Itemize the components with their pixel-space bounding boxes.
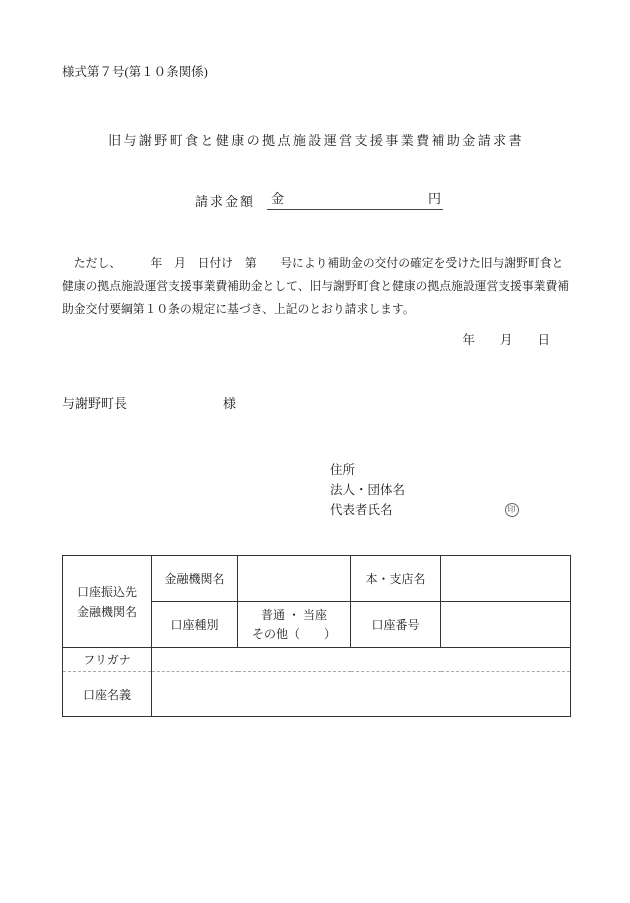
- account-type-options-line2: その他（ ）: [238, 625, 350, 644]
- form-number: 様式第７号(第１０条関係): [62, 62, 570, 80]
- document-title: 旧与謝野町食と健康の拠点施設運営支援事業費補助金請求書: [62, 130, 570, 149]
- bank-account-table: 口座振込先 金融機関名 金融機関名 本・支店名 口座種別 普通 ・ 当座 その他…: [62, 555, 571, 717]
- recipient-line: 与謝野町長様: [62, 393, 570, 412]
- body-paragraph: ただし、 年 月 日付け 第 号により補助金の交付の確定を受けた旧与謝野町食と …: [62, 252, 570, 321]
- amount-label: 請求金額: [195, 194, 255, 209]
- signature-address-label: 住所: [330, 460, 570, 480]
- account-holder-value-field[interactable]: [152, 672, 571, 717]
- branch-value-field[interactable]: [441, 556, 571, 602]
- furigana-value-field[interactable]: [152, 648, 571, 672]
- date-line: 年 月 日: [62, 330, 570, 348]
- furigana-label-cell: フリガナ: [63, 648, 152, 672]
- signature-representative-label: 代表者氏名: [330, 500, 393, 520]
- document-page: 様式第７号(第１０条関係) 旧与謝野町食と健康の拠点施設運営支援事業費補助金請求…: [0, 0, 630, 717]
- signature-block: 住所 法人・団体名 代表者氏名 印: [330, 460, 570, 520]
- table-row: 口座振込先 金融機関名 金融機関名 本・支店名: [63, 556, 571, 602]
- account-type-label-cell: 口座種別: [152, 602, 238, 648]
- bank-section-label-line2: 金融機関名: [63, 602, 151, 622]
- body-line-3: 助金交付要綱第１０条の規定に基づき、上記のとおり請求します。: [62, 298, 570, 321]
- amount-row: 請求金額金円: [195, 188, 570, 210]
- bank-section-label-line1: 口座振込先: [63, 582, 151, 602]
- account-type-options-line1: 普通 ・ 当座: [238, 606, 350, 625]
- table-row: フリガナ: [63, 648, 571, 672]
- amount-value-field[interactable]: 金円: [267, 188, 443, 210]
- recipient-name: 与謝野町長: [62, 396, 127, 411]
- account-number-label-cell: 口座番号: [351, 602, 441, 648]
- branch-label-cell: 本・支店名: [351, 556, 441, 602]
- body-line-1: ただし、 年 月 日付け 第 号により補助金の交付の確定を受けた旧与謝野町食と: [62, 252, 570, 275]
- recipient-honorific: 様: [223, 396, 236, 411]
- table-row: 口座名義: [63, 672, 571, 717]
- account-number-value-field[interactable]: [441, 602, 571, 648]
- bank-section-label-cell: 口座振込先 金融機関名: [63, 556, 152, 648]
- body-line-2: 健康の拠点施設運営支援事業費補助金として、旧与謝野町食と健康の拠点施設運営支援事…: [62, 275, 570, 298]
- institution-label-cell: 金融機関名: [152, 556, 238, 602]
- signature-organization-label: 法人・団体名: [330, 480, 570, 500]
- account-holder-label-cell: 口座名義: [63, 672, 152, 717]
- signature-representative-line: 代表者氏名 印: [330, 500, 570, 520]
- account-type-options-cell[interactable]: 普通 ・ 当座 その他（ ）: [238, 602, 351, 648]
- amount-currency-suffix: 円: [428, 188, 441, 207]
- seal-icon: 印: [505, 503, 519, 517]
- amount-currency-prefix: 金: [271, 188, 284, 207]
- institution-value-field[interactable]: [238, 556, 351, 602]
